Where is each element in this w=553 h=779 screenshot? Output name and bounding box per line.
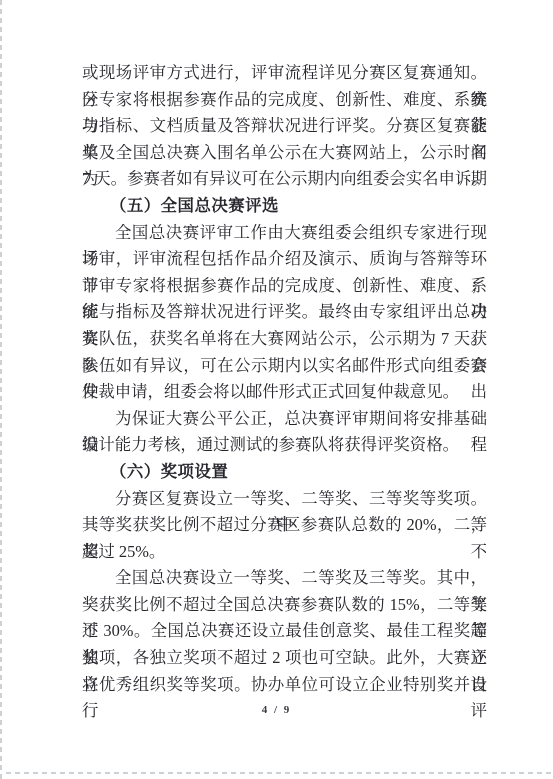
section-heading: （五）全国总决赛评选 [82,193,487,220]
document-lines: 或现场评审方式进行，评审流程详见分赛区复赛通知。分赛区专家将根据参赛作品的完成度… [82,60,487,698]
text-line: 全国总决赛设立一等奖、二等奖及三等奖。其中，一等 [82,565,487,592]
text-line: 为保证大赛公平公正，总决赛评审期间将安排基础编程 [82,406,487,433]
text-line: 全国总决赛评审工作由大赛组委会组织专家进行现场 [82,220,487,247]
text-line: 立优秀组织奖等奖项。协办单位可设立企业特别奖并自行评 [82,672,487,699]
text-line: 能与指标及答辩状况进行评奖。最终由专家组评出总决赛获 [82,299,487,326]
page-edge-bottom-dashed-line [6,772,553,774]
text-line: 队伍如有异议，可在公示期内以实名邮件形式向组委会发出 [82,353,487,380]
text-line: 过 30%。全国总决赛还设立最佳创意奖、最佳工程奖等独立 [82,618,487,645]
text-line: 奖获奖比例不超过全国总决赛参赛队数的 15%，二等奖不超 [82,592,487,619]
text-line: 单及全国总决赛入围名单公示在大赛网站上，公示时间为期 [82,140,487,167]
text-line: 评审专家将根据参赛作品的完成度、创新性、难度、系统功 [82,273,487,300]
text-line: 奖项，各独立奖项不超过 2 项也可空缺。此外，大赛还将设 [82,645,487,672]
text-line: 仲裁申请，组委会将以邮件形式正式回复仲裁意见。 [82,379,487,406]
section-heading: （六）奖项设置 [82,459,487,486]
text-line: 7 天。参赛者如有异议可在公示期内向组委会实名申诉。 [82,166,487,193]
page-number: 4 / 9 [0,704,553,716]
text-line: 区专家将根据参赛作品的完成度、创新性、难度、系统功能 [82,87,487,114]
document-page: 或现场评审方式进行，评审流程详见分赛区复赛通知。分赛区专家将根据参赛作品的完成度… [0,0,553,779]
text-line: 设计能力考核，通过测试的参赛队将获得评奖资格。 [82,432,487,459]
text-line: 分赛区复赛设立一等奖、二等奖、三等奖等奖项。其中， [82,486,487,513]
page-edge-left-dashed-line [0,0,2,779]
text-line: 奖队伍，获奖名单将在大赛网站公示，公示期为 7 天。参赛 [82,326,487,353]
text-line: 或现场评审方式进行，评审流程详见分赛区复赛通知。分赛 [82,60,487,87]
text-line: 评审，评审流程包括作品介绍及演示、质询与答辩等环节； [82,246,487,273]
text-line: 与指标、文档质量及答辩状况进行评奖。分赛区复赛获奖名 [82,113,487,140]
text-line: 一等奖获奖比例不超过分赛区参赛队总数的 20%，二等奖不 [82,512,487,539]
